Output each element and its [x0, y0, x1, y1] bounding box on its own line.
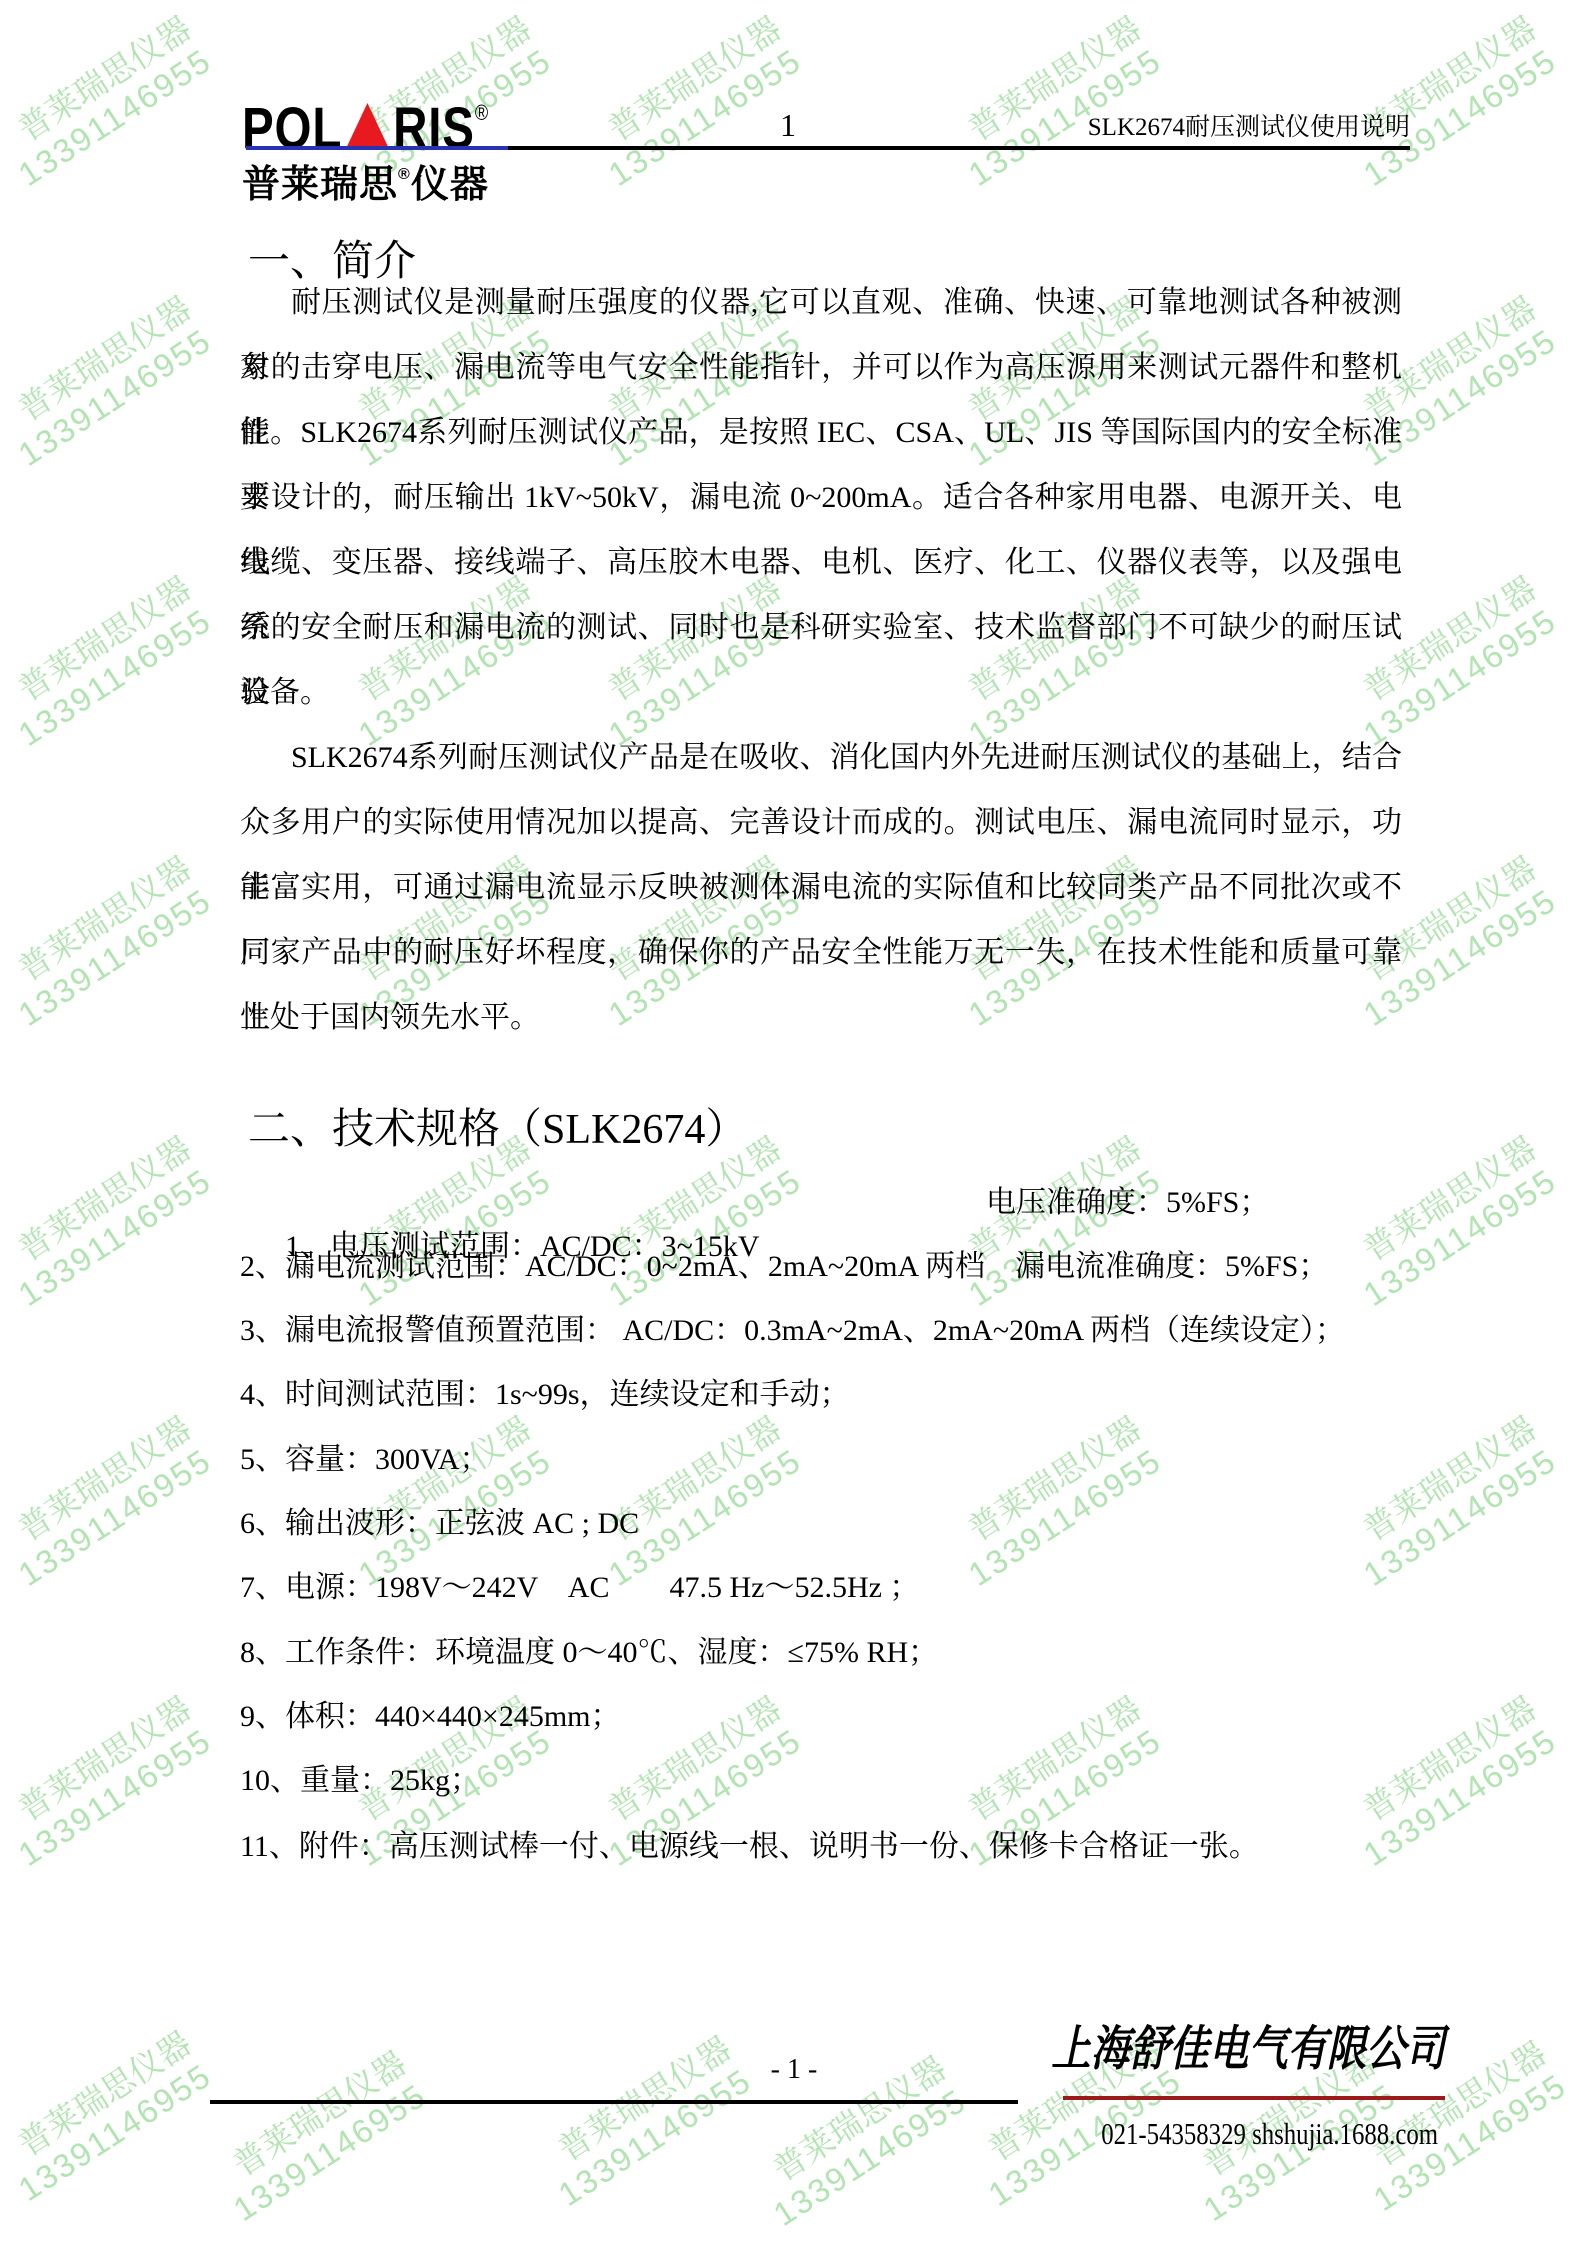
brand-registered-mark-icon: ® — [398, 166, 411, 183]
footer-page-number: - 1 - — [771, 2052, 818, 2088]
brand-name: 普莱瑞思®仪器 — [242, 152, 489, 208]
spec-item-10: 10、重量：25kg； — [240, 1759, 480, 1803]
spec-item-3: 3、漏电流报警值预置范围： AC/DC：0.3mA~2mA、2mA~20mA 两… — [240, 1309, 1345, 1353]
paragraph2-line: SLK2674系列耐压测试仪产品是在吸收、消化国内外先进耐压测试仪的基础上，结合 — [240, 725, 1402, 790]
logo-underline-blue — [246, 146, 508, 150]
footer-company-underline — [1063, 2096, 1445, 2100]
spec-item-2: 2、漏电流测试范围：AC/DC：0~2mA、2mA~20mA 两档 漏电流准确度… — [240, 1245, 1328, 1289]
spec-item-7: 7、电源：198V～242V AC 47.5 Hz～52.5Hz ； — [240, 1566, 919, 1610]
document-page: 普莱瑞思仪器13391146955普莱瑞思仪器13391146955普莱瑞思仪器… — [0, 0, 1588, 2245]
footer-contact: 021-54358329 shshujia.1688.com — [1101, 2112, 1438, 2156]
header-doc-title: SLK2674耐压测试仪使用说明 — [1088, 110, 1410, 146]
footer-rule — [210, 2100, 1018, 2104]
header-page-number: 1 — [780, 104, 796, 146]
paragraph2-line: 上处于国内领先水平。 — [240, 985, 1402, 1050]
red-triangle-icon — [346, 103, 390, 150]
spec-item-8: 8、工作条件：环境温度 0～40℃、湿度：≤75% RH； — [240, 1631, 938, 1675]
page-content: POLRIS® 普莱瑞思®仪器 1 SLK2674耐压测试仪使用说明 一、简介 … — [0, 0, 1588, 2245]
brand-cn: 普莱瑞思 — [242, 164, 398, 206]
spec-item-4: 4、时间测试范围：1s~99s，连续设定和手动； — [240, 1373, 850, 1417]
paragraph1-line: 设备。 — [240, 660, 1402, 725]
spec-item-5: 5、容量：300VA； — [240, 1438, 489, 1482]
registered-mark-icon: ® — [475, 100, 489, 125]
spec-item-11: 11、附件：高压测试棒一付、电源线一根、说明书一份、保修卡合格证一张。 — [240, 1825, 1259, 1869]
spec-item-1-right: 电压准确度：5%FS； — [986, 1181, 1269, 1225]
section2-title: 二、技术规格（SLK2674） — [248, 1100, 747, 1160]
spec-item-6: 6、输出波形：正弦波 AC ; DC — [240, 1502, 639, 1546]
brand-suffix: 仪器 — [411, 164, 489, 206]
footer-company-name: 上海舒佳电气有限公司 — [1051, 2008, 1445, 2092]
spec-item-9: 9、体积：440×440×245mm； — [240, 1695, 621, 1739]
header-rule — [508, 146, 1410, 150]
